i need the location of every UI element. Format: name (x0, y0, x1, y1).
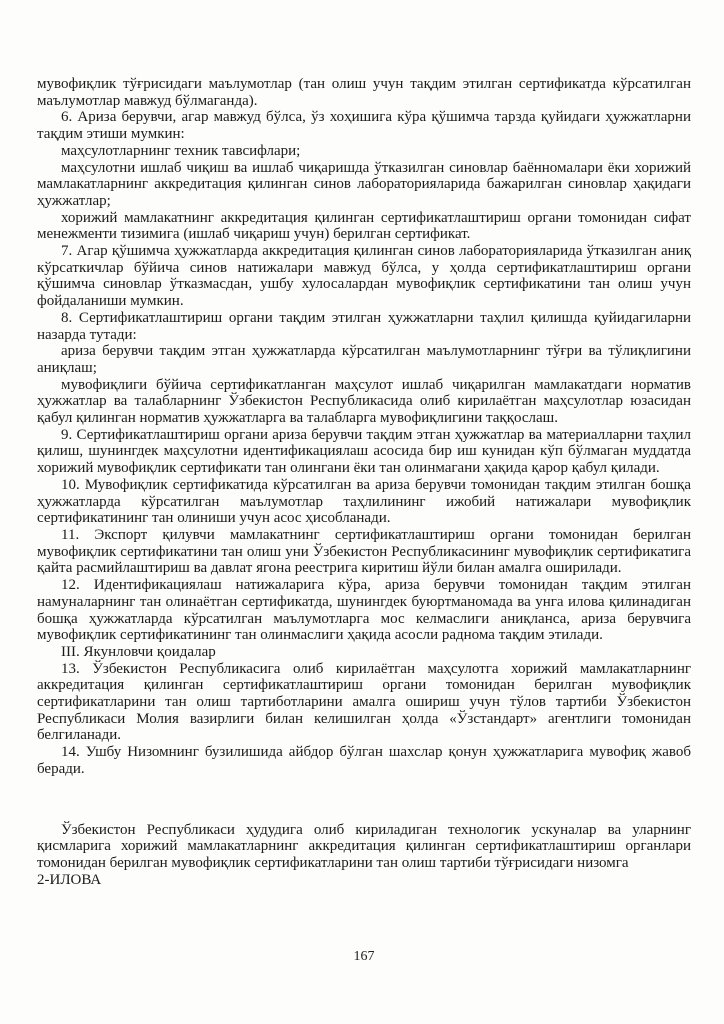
paragraph-clause-13: 13. Ўзбекистон Республикасига олиб кирил… (37, 661, 691, 745)
paragraph-list-item: маҳсулотларнинг техник тавсифлари; (37, 143, 691, 160)
section-heading-iii: III. Якунловчи қоидалар (37, 644, 691, 661)
paragraph-list-item: хорижий мамлакатнинг аккредитация қилинг… (37, 210, 691, 243)
appendix-reference-paragraph: Ўзбекистон Республикаси ҳудудига олиб ки… (37, 822, 691, 872)
paragraph-clause-9: 9. Сертификатлаштириш органи ариза берув… (37, 427, 691, 477)
paragraph-list-item: мувофиқлиги бўйича сертификатланган маҳс… (37, 377, 691, 427)
paragraph-clause-11: 11. Экспорт қилувчи мамлакатнинг сертифи… (37, 527, 691, 577)
document-body: мувофиқлик тўғрисидаги маълумотлар (тан … (37, 76, 691, 888)
appendix-label: 2-ИЛОВА (37, 872, 691, 889)
page-number: 167 (37, 949, 691, 965)
document-page: мувофиқлик тўғрисидаги маълумотлар (тан … (0, 0, 724, 1024)
paragraph-clause-7: 7. Агар қўшимча ҳужжатларда аккредитация… (37, 243, 691, 310)
paragraph-continuation: мувофиқлик тўғрисидаги маълумотлар (тан … (37, 76, 691, 109)
paragraph-clause-12: 12. Идентификациялаш натижаларига кўра, … (37, 577, 691, 644)
paragraph-list-item: маҳсулотни ишлаб чиқиш ва ишлаб чиқаришд… (37, 160, 691, 210)
paragraph-clause-10: 10. Мувофиқлик сертификатида кўрсатилган… (37, 477, 691, 527)
paragraph-list-item: ариза берувчи тақдим этган ҳужжатларда к… (37, 343, 691, 376)
paragraph-clause-6: 6. Ариза берувчи, агар мавжуд бўлса, ўз … (37, 109, 691, 142)
paragraph-clause-14: 14. Ушбу Низомнинг бузилишида айбдор бўл… (37, 744, 691, 777)
paragraph-clause-8: 8. Сертификатлаштириш органи тақдим этил… (37, 310, 691, 343)
